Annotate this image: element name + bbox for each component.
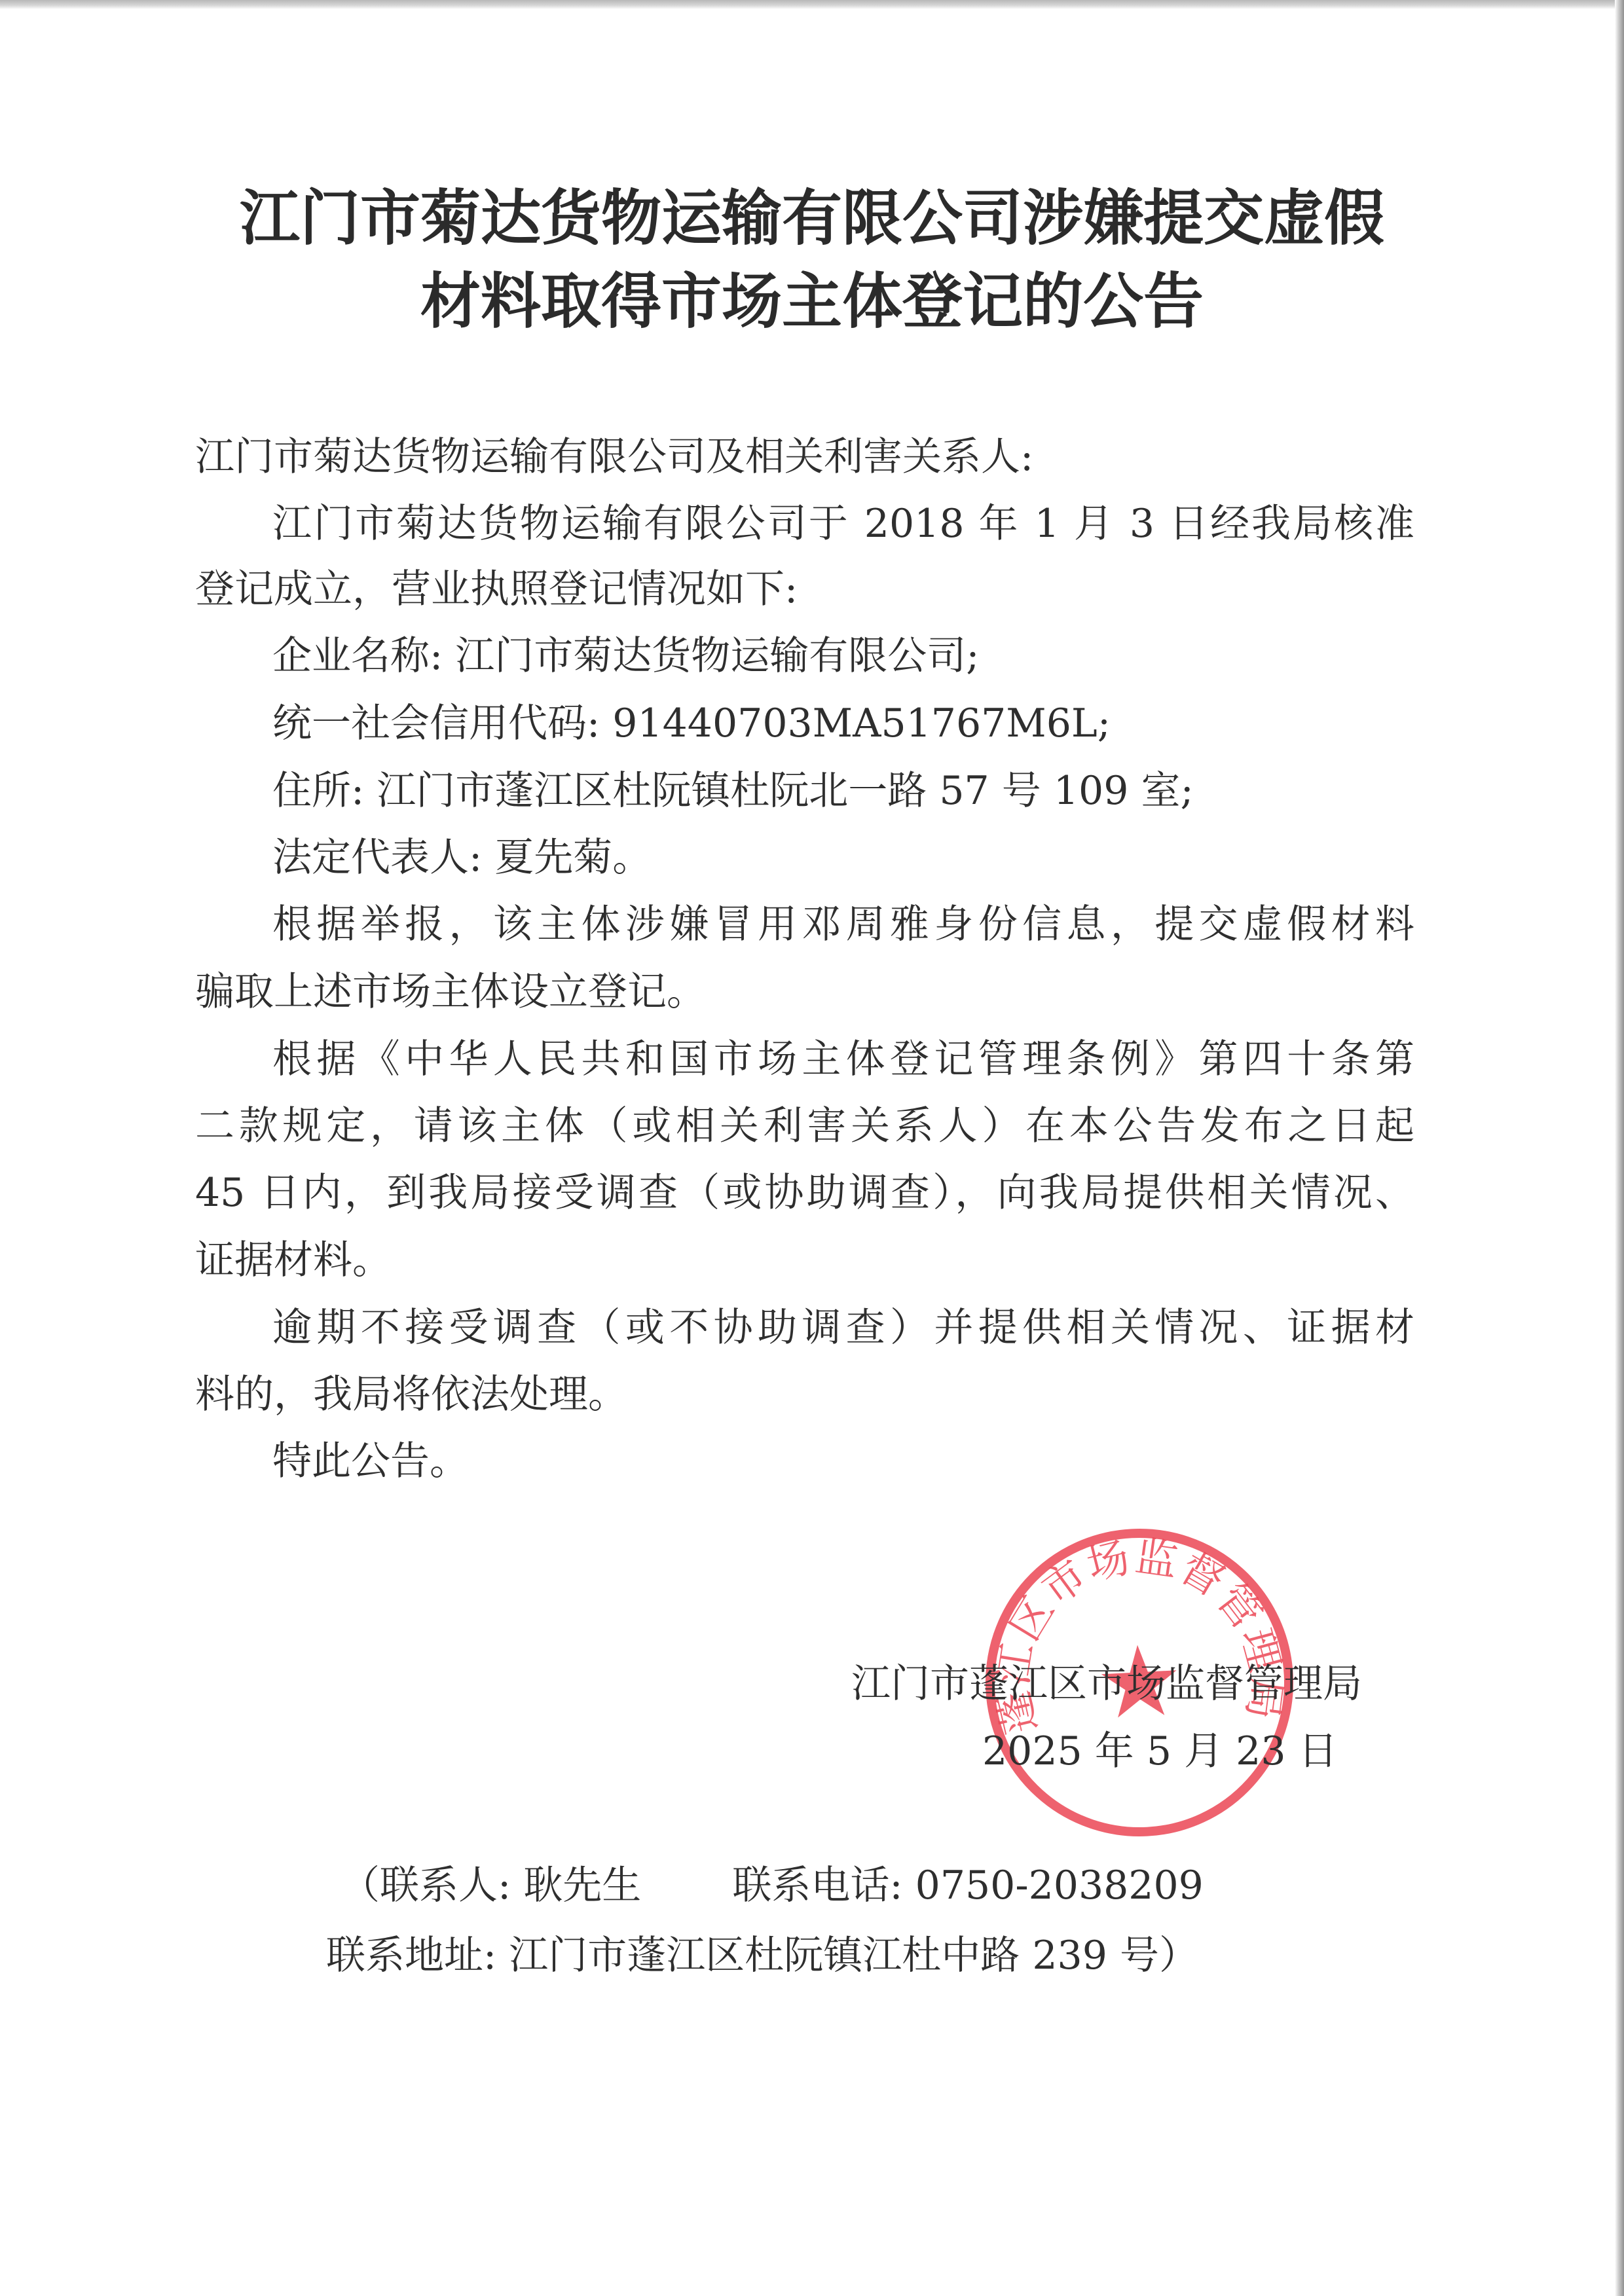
company-name-field: 企业名称: 江门市菊达货物运输有限公司; — [272, 636, 980, 676]
paragraph-4-line-2: 料的，我局将依法处理。 — [195, 1375, 627, 1414]
address-field: 住所: 江门市蓬江区杜阮镇杜阮北一路 57 号 109 室; — [272, 771, 1194, 811]
scan-edge-right — [1615, 0, 1624, 2296]
contact-person-phone: （联系人: 耿先生 联系电话: 0750-2038209 — [341, 1866, 1204, 1905]
paragraph-1-line-1: 江门市菊达货物运输有限公司于 2018 年 1 月 3 日经我局核准 — [272, 504, 1414, 543]
issue-date: 2025 年 5 月 23 日 — [982, 1732, 1338, 1771]
paragraph-3-line-2: 二款规定，请该主体（或相关利害关系人）在本公告发布之日起 — [195, 1106, 1414, 1146]
salutation: 江门市菊达货物运输有限公司及相关利害关系人: — [195, 437, 1033, 477]
scan-edge-top — [0, 0, 1624, 9]
credit-code-field: 统一社会信用代码: 91440703MA51767M6L; — [272, 704, 1111, 743]
document-title-line2: 材料取得市场主体登记的公告 — [0, 272, 1624, 332]
paragraph-3-line-4: 证据材料。 — [195, 1241, 392, 1280]
closing-statement: 特此公告。 — [272, 1442, 469, 1481]
issuer-name: 江门市蓬江区市场监督管理局 — [851, 1664, 1362, 1704]
paragraph-1-line-2: 登记成立，营业执照登记情况如下: — [195, 570, 798, 609]
paragraph-2-line-2: 骗取上述市场主体设立登记。 — [195, 972, 706, 1011]
paragraph-2-line-1: 根据举报，该主体涉嫌冒用邓周雅身份信息，提交虚假材料 — [272, 905, 1414, 944]
paragraph-4-line-1: 逾期不接受调查（或不协助调查）并提供相关情况、证据材 — [272, 1308, 1414, 1347]
paragraph-3-line-3: 45 日内，到我局接受调查（或协助调查），向我局提供相关情况、 — [195, 1173, 1414, 1212]
document-title-line1: 江门市菊达货物运输有限公司涉嫌提交虚假 — [0, 189, 1624, 249]
paragraph-3-line-1: 根据《中华人民共和国市场主体登记管理条例》第四十条第 — [272, 1040, 1414, 1079]
legal-representative-field: 法定代表人: 夏先菊。 — [272, 838, 652, 877]
contact-address: 联系地址: 江门市蓬江区杜阮镇江杜中路 239 号） — [326, 1936, 1198, 1975]
